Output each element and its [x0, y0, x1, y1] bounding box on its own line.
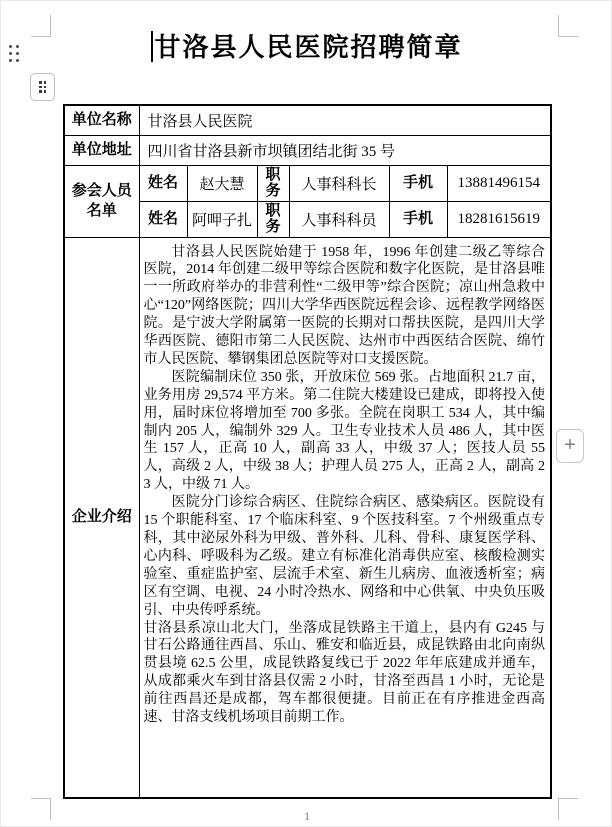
attendee-role[interactable]: 人事科科员: [289, 201, 389, 237]
page-number: 1: [1, 809, 612, 824]
attendee-role[interactable]: 人事科科长: [289, 165, 389, 201]
name-label[interactable]: 姓名: [139, 165, 187, 201]
role-label[interactable]: 职务: [257, 201, 289, 237]
table-row: 单位地址 四川省甘洛县新市坝镇团结北街 35 号: [64, 135, 551, 165]
unit-name-value[interactable]: 甘洛县人民医院: [139, 105, 551, 135]
insert-page-button[interactable]: +: [556, 429, 584, 463]
page-title[interactable]: 甘洛县人民医院招聘简章: [154, 33, 462, 62]
phone-label[interactable]: 手机: [389, 201, 447, 237]
intro-content[interactable]: 甘洛县人民医院始建于 1958 年，1996 年创建二级乙等综合医院，2014 …: [139, 237, 551, 798]
unit-name-label[interactable]: 单位名称: [64, 105, 139, 135]
intro-paragraph[interactable]: 医院编制床位 350 张，开放床位 569 张。占地面积 21.7 亩，业务用房…: [144, 369, 546, 494]
name-label[interactable]: 姓名: [139, 201, 187, 237]
attendees-label[interactable]: 参会人员名单: [64, 165, 139, 237]
unit-address-label[interactable]: 单位地址: [64, 135, 139, 165]
attendee-name[interactable]: 阿呷子扎: [187, 201, 257, 237]
intro-paragraph[interactable]: 甘洛县系凉山北大门，坐落成昆铁路主干道上，县内有 G245 与甘石公路通往西昌、…: [144, 620, 546, 727]
document-page: { "title": "甘洛县人民医院招聘简章", "page_number":…: [0, 0, 612, 827]
attendee-name[interactable]: 赵大慧: [187, 165, 257, 201]
title-row: 甘洛县人民医院招聘简章: [1, 27, 612, 64]
recruitment-info-table: 单位名称 甘洛县人民医院 单位地址 四川省甘洛县新市坝镇团结北街 35 号 参会…: [63, 104, 552, 799]
table-move-handle-button[interactable]: [30, 73, 55, 101]
phone-label[interactable]: 手机: [389, 165, 447, 201]
intro-label[interactable]: 企业介绍: [64, 237, 139, 798]
table-row: 企业介绍 甘洛县人民医院始建于 1958 年，1996 年创建二级乙等综合医院，…: [64, 237, 551, 798]
table-row: 单位名称 甘洛县人民医院: [64, 105, 551, 135]
attendee-phone[interactable]: 18281615619: [447, 201, 551, 237]
unit-address-value[interactable]: 四川省甘洛县新市坝镇团结北街 35 号: [139, 135, 551, 165]
table-row: 参会人员名单 姓名 赵大慧 职务 人事科科长 手机 13881496154: [64, 165, 551, 201]
attendee-phone[interactable]: 13881496154: [447, 165, 551, 201]
intro-paragraph[interactable]: 医院分门诊综合病区、住院综合病区、感染病区。医院设有 15 个职能科室、17 个…: [144, 494, 546, 619]
grip-dots-icon: [39, 81, 46, 93]
intro-paragraph[interactable]: 甘洛县人民医院始建于 1958 年，1996 年创建二级乙等综合医院，2014 …: [144, 244, 546, 369]
role-label[interactable]: 职务: [257, 165, 289, 201]
